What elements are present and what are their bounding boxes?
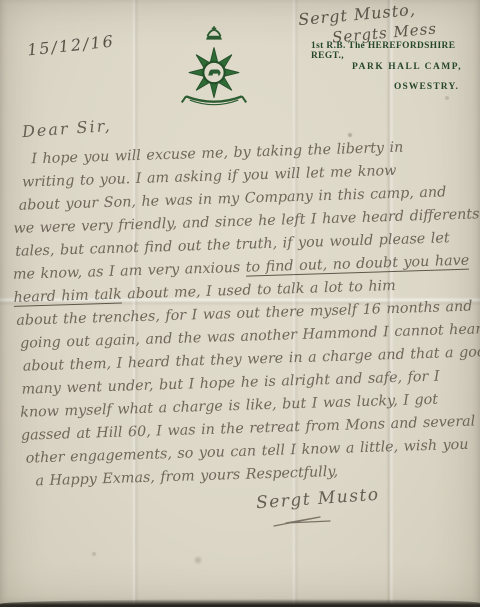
letter-line-underlined-segment: to find out, no doubt you have	[246, 253, 470, 277]
paper-specks	[0, 0, 2, 2]
signature: Sergt Musto	[255, 485, 380, 514]
salutation: Dear Sir,	[21, 116, 112, 141]
letter-line-underlined-segment: heard him talk	[13, 287, 122, 307]
letterhead-town: OSWESTRY.	[394, 82, 459, 92]
letterhead-regiment: 1st R.B. The HEREFORDSHIRE REGT.,	[311, 41, 480, 61]
letter-body: I hope you will excuse me, by taking the…	[9, 135, 478, 494]
scan-bottom-edge	[0, 599, 480, 607]
signature-flourish-icon	[272, 514, 342, 530]
letter-page: Sergt Musto, Sergts Mess 15/12/16 1st R.…	[0, 0, 480, 607]
letter-date: 15/12/16	[26, 31, 115, 59]
letter-line-segment: me know, as I am very anxious	[13, 260, 246, 283]
regimental-crest-icon	[170, 24, 258, 108]
letterhead-camp: PARK HALL CAMP,	[352, 62, 462, 72]
